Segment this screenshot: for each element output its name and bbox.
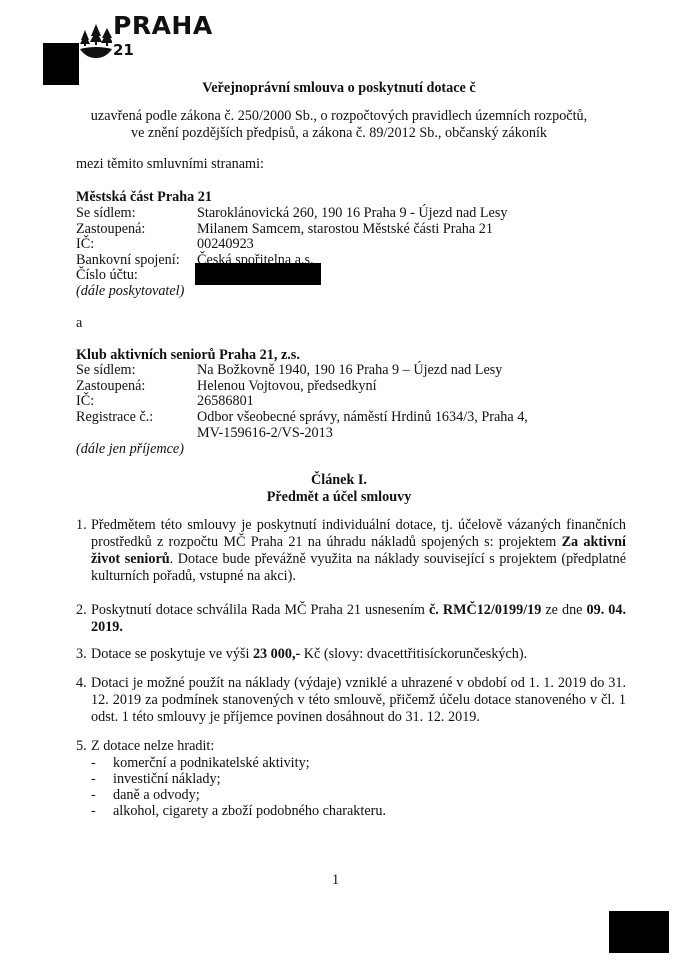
provider-label-account: Číslo účtu: [76,267,138,283]
recipient-name: Klub aktivních seniorů Praha 21, z.s. [76,347,300,363]
item-text: Poskytnutí dotace schválila Rada MČ Prah… [91,602,626,636]
redaction-block-bottom-right [609,911,669,953]
recipient-value-registration: Odbor všeobecné správy, náměstí Hrdinů 1… [197,409,528,425]
article-subheading: Předmět a účel smlouvy [0,489,678,506]
provider-note: (dále poskytovatel) [76,283,184,299]
subtitle-line-1: uzavřená podle zákona č. 250/2000 Sb., o… [0,107,678,125]
recipient-value-registration-2: MV-159616-2/VS-2013 [197,425,333,441]
item-number: 5. [76,738,87,755]
provider-value-represented: Milanem Samcem, starostou Městské části … [197,221,493,237]
article-item-3: 3.Dotace se poskytuje ve výši 23 000,- K… [76,646,626,663]
recipient-note: (dále jen příjemce) [76,441,184,457]
recipient-label-registration: Registrace č.: [76,409,153,425]
item-text: Dotace se poskytuje ve výši 23 000,- Kč … [91,646,626,663]
item-text: Dotaci je možné použít na náklady (výdaj… [91,675,626,726]
provider-name: Městská část Praha 21 [76,189,212,205]
provider-label-represented: Zastoupená: [76,221,145,237]
redaction-block-top-left [43,43,79,85]
recipient-label-seat: Se sídlem: [76,362,136,378]
trees-icon [80,20,112,60]
recipient-label-represented: Zastoupená: [76,378,145,394]
logo-wordmark: PRAHA [113,13,213,38]
logo-number: 21 [113,43,134,58]
article-heading: Článek I. [0,472,678,489]
provider-label-seat: Se sídlem: [76,205,136,221]
provider-value-ic: 00240923 [197,236,254,252]
conjunction: a [76,315,82,331]
article-item-2: 2.Poskytnutí dotace schválila Rada MČ Pr… [76,602,626,636]
recipient-value-ic: 26586801 [197,393,254,409]
recipient-value-represented: Helenou Vojtovou, předsedkyní [197,378,377,394]
document-title: Veřejnoprávní smlouva o poskytnutí dotac… [0,80,678,97]
provider-value-seat: Staroklánovická 260, 190 16 Praha 9 - Új… [197,205,507,221]
recipient-value-seat: Na Božkovně 1940, 190 16 Praha 9 – Újezd… [197,362,502,378]
provider-label-bank: Bankovní spojení: [76,252,180,268]
item-text: Z dotace nelze hradit: [91,738,626,755]
provider-account-redacted [195,263,321,285]
item-text: Předmětem této smlouvy je poskytnutí ind… [91,517,626,585]
item-number: 1. [76,517,87,534]
subtitle-line-2: ve znění pozdějších předpisů, a zákona č… [0,124,678,142]
item-number: 4. [76,675,87,692]
article-item-5: 5.Z dotace nelze hradit: [76,738,626,755]
recipient-label-ic: IČ: [76,393,94,409]
item-number: 2. [76,602,87,619]
intro-text: mezi těmito smluvními stranami: [76,156,264,172]
page-number: 1 [332,872,339,889]
article-item-1: 1.Předmětem této smlouvy je poskytnutí i… [76,517,626,585]
article-item-4: 4.Dotaci je možné použít na náklady (výd… [76,675,626,726]
provider-label-ic: IČ: [76,236,94,252]
item-number: 3. [76,646,87,663]
